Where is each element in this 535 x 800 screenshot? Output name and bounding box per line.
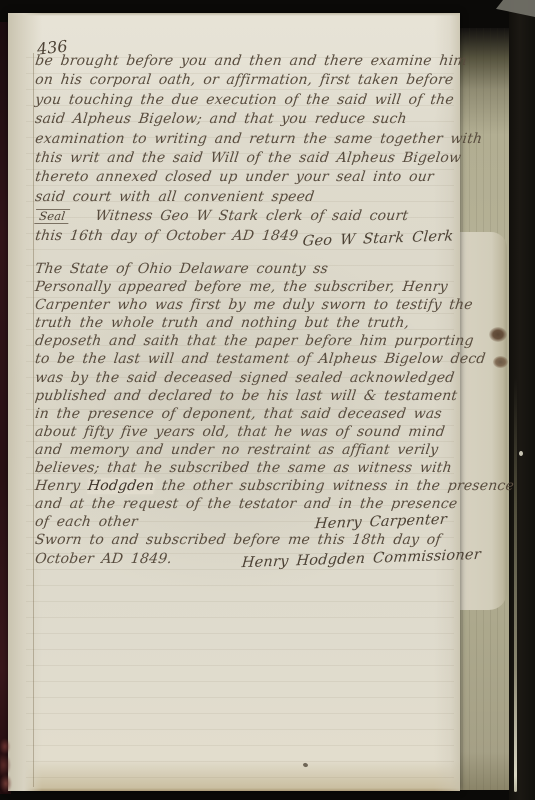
manuscript-line: Seal Witness Geo W Stark clerk of said c…	[34, 207, 456, 226]
manuscript-line: published and declared to be his last wi…	[34, 387, 456, 405]
manuscript-line: on his corporal oath, or affirmation, fi…	[34, 71, 456, 90]
witness-name-pre: Henry	[34, 478, 89, 494]
ink-stain	[489, 327, 507, 342]
manuscript-line: deposeth and saith that the paper before…	[34, 332, 456, 350]
ledger-page: 436 be brought before you and then and t…	[8, 13, 460, 791]
manuscript-line: Carpenter who was first by me duly sworn…	[34, 296, 456, 314]
book-photo: 436 be brought before you and then and t…	[0, 0, 535, 800]
manuscript-line: believes; that he subscribed the same as…	[34, 459, 456, 477]
jurat-date: October AD 1849.	[34, 550, 173, 568]
manuscript-line: this writ and the said Will of the said …	[34, 149, 456, 168]
writ-date: this 16th day of October AD 1849	[34, 227, 299, 246]
closing-phrase: of each other	[34, 513, 139, 531]
manuscript-line: and memory and under no restraint as aff…	[34, 441, 456, 459]
book-cover-right	[509, 0, 535, 800]
affidavit-section: The State of Ohio Delaware county ss Per…	[34, 260, 454, 568]
manuscript-line: said court with all convenient speed	[34, 188, 456, 207]
commissioner-signature: Henry Hodgden Commissioner	[241, 545, 482, 571]
seal-notation: Seal	[34, 209, 70, 224]
manuscript-line: in the presence of deponent, that said d…	[34, 405, 456, 423]
manuscript-line: said Alpheus Bigelow; and that you reduc…	[34, 110, 456, 129]
manuscript-line: was by the said deceased signed sealed a…	[34, 369, 456, 387]
overwritten-name: Hodgden	[87, 478, 155, 494]
witness-name-post: the other subscribing witness in the pre…	[153, 478, 515, 494]
paper-speck	[519, 451, 523, 456]
writ-section: be brought before you and then and there…	[34, 52, 454, 246]
manuscript-line-witness-name: Henry Hodgden the other subscribing witn…	[34, 477, 456, 495]
cover-edge-highlight	[514, 378, 517, 792]
manuscript-line: you touching the due execution of the sa…	[34, 91, 456, 110]
section-heading-state-of-ohio: The State of Ohio Delaware county ss	[34, 260, 456, 278]
manuscript-line: and at the request of the testator and i…	[34, 495, 456, 513]
manuscript-line: examination to writing and return the sa…	[34, 130, 456, 149]
manuscript-line: of each other Henry Carpenter	[34, 513, 456, 531]
manuscript-line: truth the whole truth and nothing but th…	[34, 314, 456, 332]
ink-stain	[493, 356, 508, 368]
manuscript-line: Personally appeared before me, the subsc…	[34, 278, 456, 296]
manuscript-line: October AD 1849. Henry Hodgden Commissio…	[34, 550, 456, 568]
manuscript-line: be brought before you and then and there…	[34, 52, 456, 71]
witness-attestation: Witness Geo W Stark clerk of said court	[94, 207, 409, 226]
manuscript-line: to be the last will and testament of Alp…	[34, 350, 456, 368]
manuscript-line: this 16th day of October AD 1849 Geo W S…	[34, 227, 456, 246]
jurat-line: Sworn to and subscribed before me this 1…	[34, 531, 456, 549]
manuscript-line: about fifty five years old, that he was …	[34, 423, 456, 441]
binding-frayed-edge	[0, 736, 16, 794]
manuscript-line: thereto annexed closed up under your sea…	[34, 168, 456, 187]
